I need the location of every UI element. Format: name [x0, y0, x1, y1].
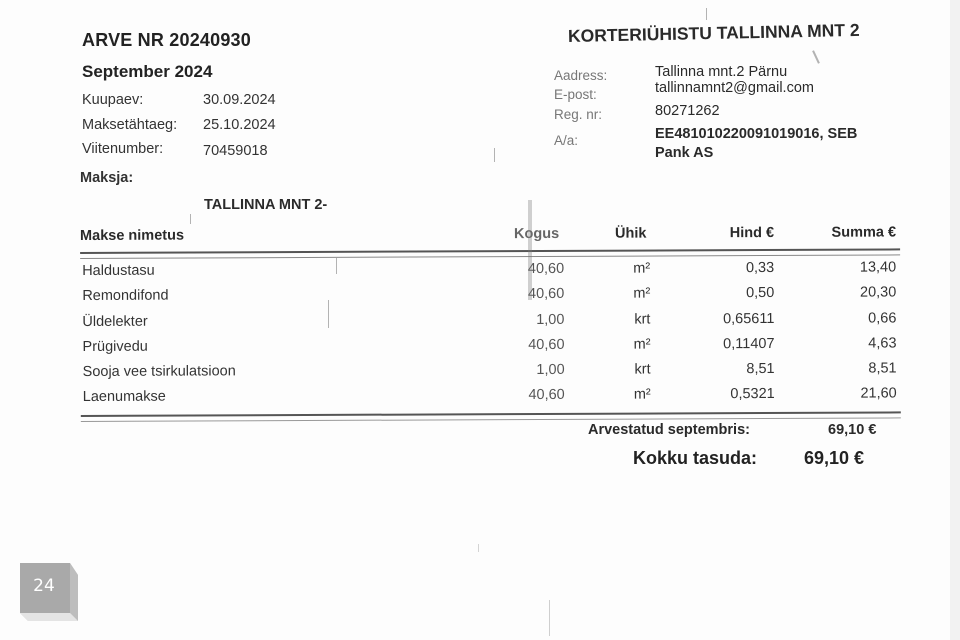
due-date-label: Maksetähtaeg: — [82, 117, 177, 133]
payer-label: Maksja: — [80, 170, 133, 186]
item-price: 0,65611 — [670, 311, 774, 327]
reference-label: Viitenumber: — [82, 141, 163, 157]
table-row: Haldustasu40,60m²0,3313,40 — [80, 255, 900, 284]
table-bottom-divider — [81, 411, 901, 422]
item-unit: krt — [600, 311, 650, 327]
invoice-period: September 2024 — [82, 62, 212, 82]
payer-name: TALLINNA MNT 2- — [204, 197, 327, 213]
billed-value: 69,10 € — [828, 422, 876, 438]
address-value: Tallinna mnt.2 Pärnu — [655, 64, 787, 80]
scan-artifact — [812, 50, 820, 64]
item-unit: m² — [600, 286, 650, 302]
item-price: 0,33 — [670, 260, 774, 276]
bank-account-label: A/a: — [554, 133, 578, 148]
charges-table: Makse nimetus Kogus Ühik Hind € Summa € … — [80, 224, 901, 421]
invoice-scan: ARVE NR 20240930 September 2024 Kuupaev:… — [0, 0, 950, 640]
address-label: Aadress: — [554, 68, 607, 83]
email-value: tallinnamnt2@gmail.com — [655, 80, 814, 96]
issuer-name: KORTERIÜHISTU TALLINNA MNT 2 — [568, 20, 860, 47]
scan-artifact — [494, 148, 495, 162]
bank-account-value: EE481010220091019016, SEB Pank AS — [655, 125, 895, 163]
item-name: Sooja vee tsirkulatsioon — [83, 364, 236, 381]
reference-value: 70459018 — [203, 143, 268, 159]
table-header: Makse nimetus Kogus Ühik Hind € Summa € — [80, 224, 900, 250]
item-quantity: 40,60 — [500, 286, 564, 302]
item-price: 0,50 — [670, 285, 774, 301]
scan-artifact — [549, 600, 550, 636]
item-price: 0,11407 — [670, 336, 774, 352]
item-sum: 20,30 — [794, 285, 896, 301]
date-label: Kuupaev: — [82, 92, 143, 108]
scan-artifact — [190, 214, 191, 224]
item-name: Remondifond — [82, 288, 168, 304]
table-body: Haldustasu40,60m²0,3313,40Remondifond40,… — [80, 255, 901, 410]
header-sum: Summa € — [794, 224, 896, 240]
reg-number-value: 80271262 — [655, 103, 720, 119]
item-sum: 4,63 — [794, 335, 896, 351]
header-price: Hind € — [670, 225, 774, 241]
table-row: Üldelekter1,00krt0,656110,66 — [80, 306, 900, 335]
total-due-value: 69,10 € — [804, 448, 864, 469]
invoice-number: ARVE NR 20240930 — [82, 30, 251, 51]
item-sum: 21,60 — [795, 386, 897, 402]
header-name: Makse nimetus — [80, 228, 184, 244]
item-name: Prügivedu — [82, 339, 147, 355]
item-sum: 0,66 — [794, 310, 896, 326]
item-name: Haldustasu — [82, 263, 155, 279]
page-margin — [950, 0, 960, 640]
item-quantity: 40,60 — [500, 261, 564, 277]
billed-label: Arvestatud septembris: — [588, 422, 750, 438]
item-unit: m² — [600, 261, 650, 277]
item-unit: m² — [600, 336, 650, 352]
scan-artifact — [528, 200, 532, 300]
item-unit: krt — [601, 362, 651, 378]
item-unit: m² — [601, 387, 651, 403]
scan-artifact — [478, 544, 479, 552]
day-badge: 24 — [18, 561, 78, 621]
table-row: Sooja vee tsirkulatsioon1,00krt8,518,51 — [81, 357, 901, 386]
header-unit: Ühik — [615, 226, 646, 242]
item-quantity: 40,60 — [501, 387, 565, 403]
header-quantity: Kogus — [514, 226, 559, 242]
item-name: Laenumakse — [83, 389, 166, 405]
item-price: 8,51 — [671, 361, 775, 377]
reg-number-label: Reg. nr: — [554, 107, 602, 122]
scan-artifact — [706, 8, 707, 20]
item-sum: 8,51 — [795, 361, 897, 377]
scan-artifact — [328, 300, 329, 328]
due-date-value: 25.10.2024 — [203, 117, 276, 133]
item-name: Üldelekter — [82, 313, 147, 329]
email-label: E-post: — [554, 87, 597, 102]
table-row: Prügivedu40,60m²0,114074,63 — [80, 331, 900, 360]
table-row: Remondifond40,60m²0,5020,30 — [80, 281, 900, 310]
item-price: 0,5321 — [671, 386, 775, 402]
table-row: Laenumakse40,60m²0,532121,60 — [81, 382, 901, 411]
total-due-label: Kokku tasuda: — [633, 448, 757, 469]
item-quantity: 1,00 — [500, 311, 564, 327]
item-quantity: 40,60 — [500, 337, 564, 353]
scan-artifact — [336, 258, 337, 274]
item-sum: 13,40 — [794, 259, 896, 275]
date-value: 30.09.2024 — [203, 92, 276, 108]
item-quantity: 1,00 — [501, 362, 565, 378]
day-badge-number: 24 — [18, 561, 70, 611]
